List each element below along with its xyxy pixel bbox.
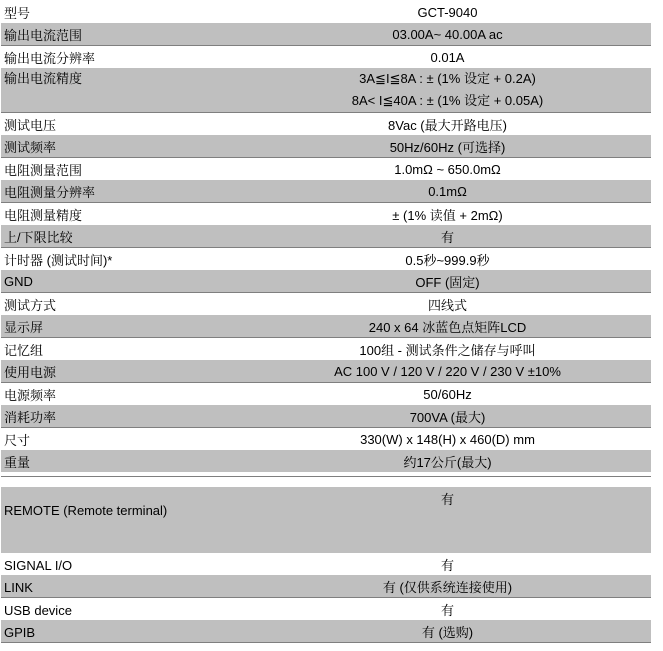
row-label: GPIB bbox=[1, 620, 244, 642]
row-label: 输出电流分辨率 bbox=[1, 46, 244, 68]
row-label: REMOTE (Remote terminal) bbox=[1, 487, 244, 553]
row-value: AC 100 V / 120 V / 220 V / 230 V ±10% bbox=[244, 360, 651, 382]
row-label: 电阻测量范围 bbox=[1, 158, 244, 180]
row-value: 3A≦I≦8A : ± (1% 设定 + 0.2A) 8A< I≦40A : ±… bbox=[244, 68, 651, 112]
table-row-dimensions: 尺寸 330(W) x 148(H) x 460(D) mm bbox=[1, 428, 651, 450]
row-label: 计时器 (测试时间)* bbox=[1, 248, 244, 270]
row-label: 使用电源 bbox=[1, 360, 244, 382]
row-value: 有 bbox=[244, 598, 651, 620]
row-label: 测试频率 bbox=[1, 135, 244, 157]
row-value: 约17公斤(最大) bbox=[244, 450, 651, 472]
table-row-display: 显示屏 240 x 64 冰蓝色点矩阵LCD bbox=[1, 315, 651, 338]
row-value: 240 x 64 冰蓝色点矩阵LCD bbox=[244, 315, 651, 337]
row-label: 输出电流范围 bbox=[1, 23, 244, 45]
row-value-line2: 8A< I≦40A : ± (1% 设定 + 0.05A) bbox=[352, 90, 543, 112]
table-row-output-current-resolution: 输出电流分辨率 0.01A bbox=[1, 46, 651, 68]
row-value: 有 (选购) bbox=[244, 620, 651, 642]
table-row-usb-device: USB device 有 bbox=[1, 598, 651, 620]
table-row-signal-io: SIGNAL I/O 有 bbox=[1, 553, 651, 575]
row-label: 电阻测量精度 bbox=[1, 203, 244, 225]
main-spec-table: 型号 GCT-9040 输出电流范围 03.00A~ 40.00A ac 输出电… bbox=[1, 1, 651, 477]
table-row-weight: 重量 约17公斤(最大) bbox=[1, 450, 651, 472]
row-value: 有 bbox=[244, 225, 651, 247]
row-value: 有 bbox=[244, 553, 651, 575]
row-label: 测试方式 bbox=[1, 293, 244, 315]
table-row-model: 型号 GCT-9040 bbox=[1, 1, 651, 23]
row-value: 50Hz/60Hz (可选择) bbox=[244, 135, 651, 157]
row-value: 100组 - 测试条件之储存与呼叫 bbox=[244, 338, 651, 360]
row-label: 电阻测量分辨率 bbox=[1, 180, 244, 202]
row-label: 消耗功率 bbox=[1, 405, 244, 427]
row-label: 记忆组 bbox=[1, 338, 244, 360]
table-row-test-voltage: 测试电压 8Vac (最大开路电压) bbox=[1, 113, 651, 135]
table-row-resistance-resolution: 电阻测量分辨率 0.1mΩ bbox=[1, 180, 651, 203]
row-value-line1: 3A≦I≦8A : ± (1% 设定 + 0.2A) bbox=[359, 68, 536, 90]
row-value: ± (1% 读值 + 2mΩ) bbox=[244, 203, 651, 225]
row-label: 输出电流精度 bbox=[1, 68, 244, 112]
spec-sheet: 型号 GCT-9040 输出电流范围 03.00A~ 40.00A ac 输出电… bbox=[0, 0, 663, 643]
row-value: 0.5秒~999.9秒 bbox=[244, 248, 651, 270]
row-label: 显示屏 bbox=[1, 315, 244, 337]
table-row-gpib: GPIB 有 (选购) bbox=[1, 620, 651, 643]
table-row-output-current-accuracy: 输出电流精度 3A≦I≦8A : ± (1% 设定 + 0.2A) 8A< I≦… bbox=[1, 68, 651, 113]
interface-spec-table: REMOTE (Remote terminal) 有 SIGNAL I/O 有 … bbox=[1, 487, 651, 643]
table-row-output-current-range: 输出电流范围 03.00A~ 40.00A ac bbox=[1, 23, 651, 46]
table-row-limit-compare: 上/下限比较 有 bbox=[1, 225, 651, 248]
row-value: 有 bbox=[244, 487, 651, 553]
row-label: 重量 bbox=[1, 450, 244, 472]
row-value: 8Vac (最大开路电压) bbox=[244, 113, 651, 135]
row-label: 测试电压 bbox=[1, 113, 244, 135]
row-label: GND bbox=[1, 270, 244, 292]
table-row-resistance-range: 电阻测量范围 1.0mΩ ~ 650.0mΩ bbox=[1, 158, 651, 180]
row-label: USB device bbox=[1, 598, 244, 620]
table-row-test-method: 测试方式 四线式 bbox=[1, 293, 651, 315]
row-value: 1.0mΩ ~ 650.0mΩ bbox=[244, 158, 651, 180]
table-row-power-consumption: 消耗功率 700VA (最大) bbox=[1, 405, 651, 428]
row-label: 型号 bbox=[1, 1, 244, 23]
row-value: 03.00A~ 40.00A ac bbox=[244, 23, 651, 45]
row-label: 电源频率 bbox=[1, 383, 244, 405]
row-value: GCT-9040 bbox=[244, 1, 651, 23]
row-value: OFF (固定) bbox=[244, 270, 651, 292]
table-row-memory: 记忆组 100组 - 测试条件之储存与呼叫 bbox=[1, 338, 651, 360]
table-bottom-divider bbox=[1, 476, 651, 477]
table-row-link: LINK 有 (仅供系统连接使用) bbox=[1, 575, 651, 598]
table-row-power-source: 使用电源 AC 100 V / 120 V / 220 V / 230 V ±1… bbox=[1, 360, 651, 383]
row-label: SIGNAL I/O bbox=[1, 553, 244, 575]
table-row-remote: REMOTE (Remote terminal) 有 bbox=[1, 487, 651, 553]
row-label: 尺寸 bbox=[1, 428, 244, 450]
row-label: LINK bbox=[1, 575, 244, 597]
row-value: 0.01A bbox=[244, 46, 651, 68]
table-row-resistance-accuracy: 电阻测量精度 ± (1% 读值 + 2mΩ) bbox=[1, 203, 651, 225]
row-value: 330(W) x 148(H) x 460(D) mm bbox=[244, 428, 651, 450]
row-value: 0.1mΩ bbox=[244, 180, 651, 202]
table-row-gnd: GND OFF (固定) bbox=[1, 270, 651, 293]
row-label: 上/下限比较 bbox=[1, 225, 244, 247]
row-value: 700VA (最大) bbox=[244, 405, 651, 427]
row-value: 50/60Hz bbox=[244, 383, 651, 405]
table-row-timer: 计时器 (测试时间)* 0.5秒~999.9秒 bbox=[1, 248, 651, 270]
row-value: 四线式 bbox=[244, 293, 651, 315]
row-value: 有 (仅供系统连接使用) bbox=[244, 575, 651, 597]
table-row-test-frequency: 测试频率 50Hz/60Hz (可选择) bbox=[1, 135, 651, 158]
table-row-power-frequency: 电源频率 50/60Hz bbox=[1, 383, 651, 405]
